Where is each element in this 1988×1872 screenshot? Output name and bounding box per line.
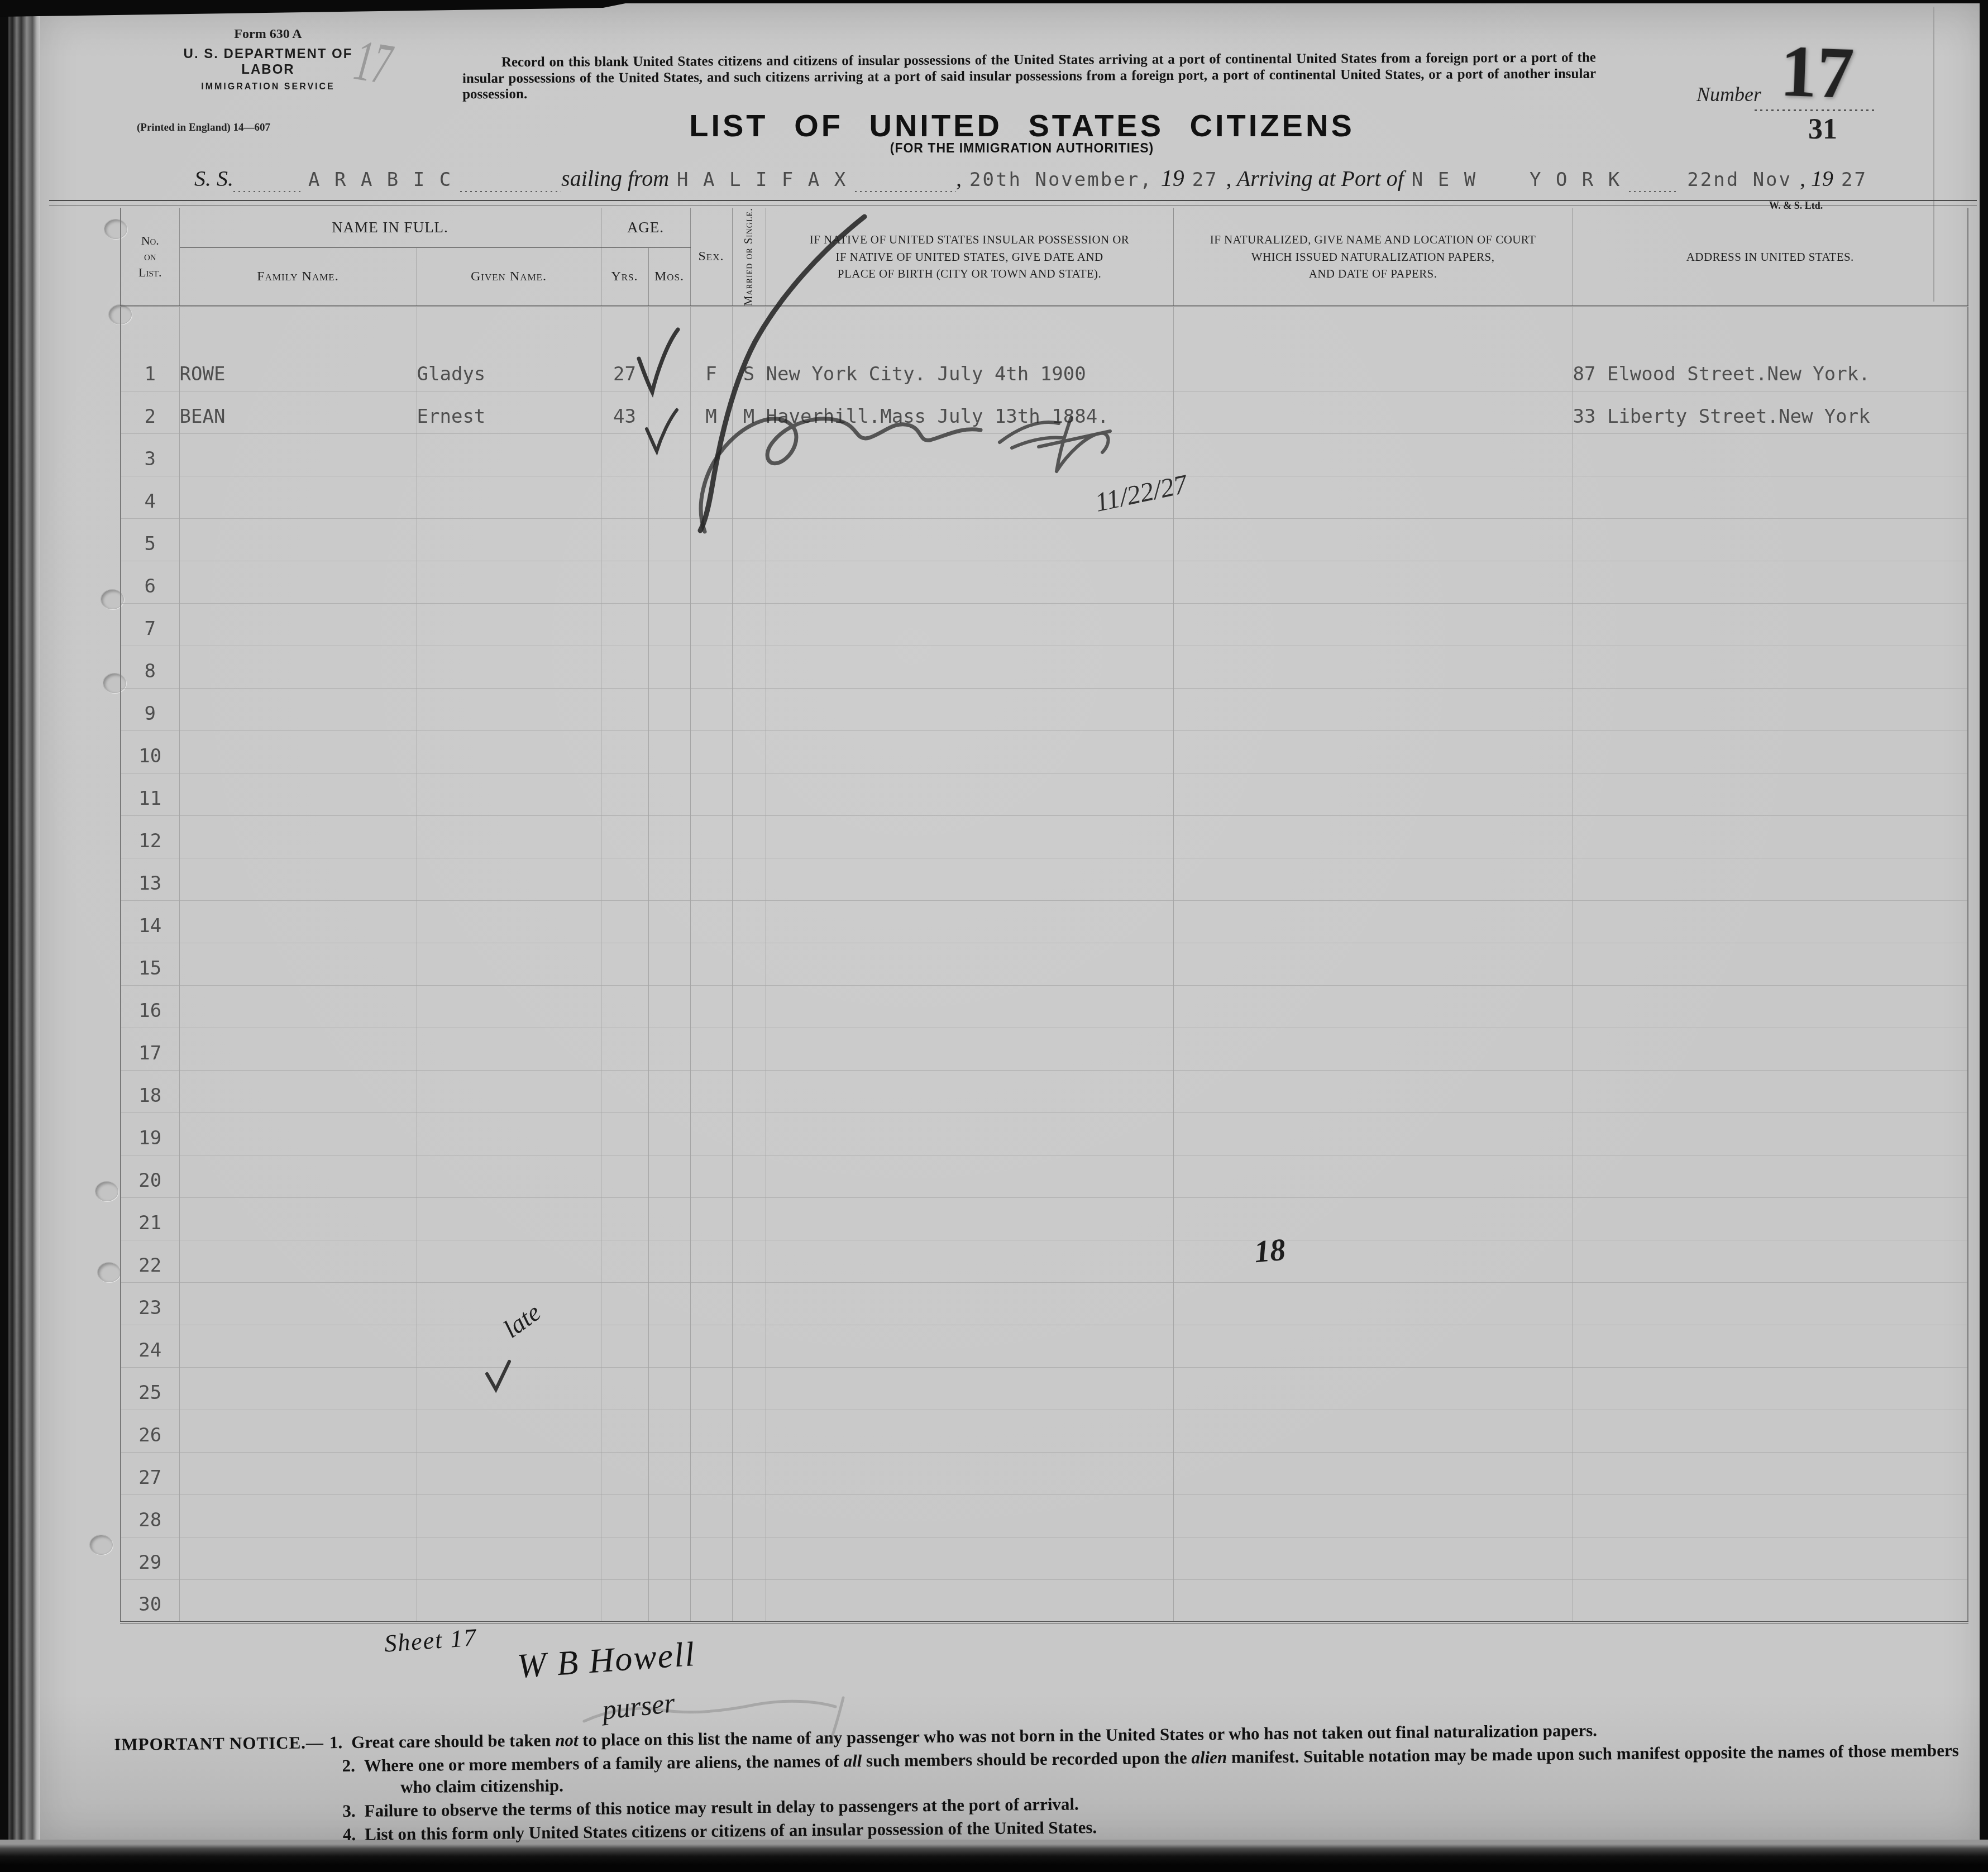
- cell-no: 9: [121, 689, 179, 731]
- cell-mos: [648, 1071, 690, 1113]
- arrival-date: 22nd Nov: [1679, 169, 1800, 191]
- col-header-age: AGE.: [601, 208, 690, 247]
- cell-birth: [766, 1155, 1173, 1198]
- cell-birth: [766, 1071, 1173, 1113]
- cell-mos: [648, 1113, 690, 1155]
- cell-court: [1173, 1240, 1573, 1283]
- table-row: 20: [121, 1155, 1968, 1198]
- cell-yrs: [601, 689, 648, 731]
- table-row: 1ROWEGladys27FSNew York City. July 4th 1…: [121, 307, 1968, 391]
- leader-line: [460, 165, 561, 197]
- cell-family: [179, 561, 417, 604]
- cell-court: [1173, 816, 1573, 858]
- service-name: IMMIGRATION SERVICE: [156, 82, 380, 92]
- cell-mos: [648, 1240, 690, 1283]
- cell-sex: M: [690, 391, 732, 434]
- notice-text: all: [843, 1751, 862, 1770]
- table-row: 5: [121, 519, 1968, 561]
- cell-given: [417, 731, 601, 773]
- cell-marital: [732, 731, 766, 773]
- cell-court: [1173, 901, 1573, 943]
- cell-mos: [648, 476, 690, 519]
- cell-birth: [766, 1580, 1173, 1622]
- cell-given: [417, 476, 601, 519]
- cell-given: [417, 943, 601, 986]
- leader-line: [233, 165, 300, 197]
- cell-mos: [648, 561, 690, 604]
- date-comma: ,: [956, 165, 962, 192]
- cell-no: 19: [121, 1113, 179, 1155]
- cell-given: [417, 1410, 601, 1453]
- cell-court: [1173, 1198, 1573, 1240]
- cell-address: [1573, 773, 1968, 816]
- cell-sex: [690, 773, 732, 816]
- cell-marital: [732, 943, 766, 986]
- cell-family: [179, 1410, 417, 1453]
- cell-marital: [732, 858, 766, 901]
- cell-marital: [732, 1113, 766, 1155]
- cell-family: [179, 731, 417, 773]
- cell-sex: [690, 943, 732, 986]
- table-row: 10: [121, 731, 1968, 773]
- cell-mos: [648, 689, 690, 731]
- cell-mos: [648, 816, 690, 858]
- table-row: 29: [121, 1537, 1968, 1580]
- cell-court: [1173, 1410, 1573, 1453]
- table-row: 9: [121, 689, 1968, 731]
- arrival-year: 27: [1833, 169, 1875, 191]
- cell-address: [1573, 858, 1968, 901]
- cell-no: 21: [121, 1198, 179, 1240]
- table-row: 19: [121, 1113, 1968, 1155]
- cell-family: [179, 1113, 417, 1155]
- notice-text: Where one or more members of a family ar…: [364, 1751, 844, 1775]
- cell-marital: [732, 1283, 766, 1325]
- cell-birth: [766, 519, 1173, 561]
- cell-court: [1173, 858, 1573, 901]
- cell-address: [1573, 1325, 1968, 1368]
- cell-family: [179, 646, 417, 689]
- cell-yrs: [601, 1240, 648, 1283]
- cell-address: [1573, 1198, 1968, 1240]
- cell-family: ROWE: [179, 307, 417, 391]
- manifest-table: No. on List. NAME IN FULL. AGE. Sex. Mar…: [120, 208, 1968, 1623]
- cell-yrs: [601, 646, 648, 689]
- year-prefix: 19: [1161, 165, 1184, 192]
- cell-birth: Haverhill.Mass July 13th 1884.: [766, 391, 1173, 434]
- cell-sex: [690, 1028, 732, 1071]
- cell-address: [1573, 1453, 1968, 1495]
- cell-birth: New York City. July 4th 1900: [766, 307, 1173, 391]
- table-row: 28: [121, 1495, 1968, 1537]
- cell-sex: [690, 561, 732, 604]
- cell-no: 26: [121, 1410, 179, 1453]
- cell-address: [1573, 561, 1968, 604]
- cell-court: [1173, 1495, 1573, 1537]
- cell-marital: [732, 1198, 766, 1240]
- punch-hole: [97, 1262, 121, 1282]
- cell-yrs: [601, 731, 648, 773]
- cell-no: 17: [121, 1028, 179, 1071]
- voyage-line: S. S. A R A B I C sailing from H A L I F…: [194, 165, 1875, 197]
- table-row: 22: [121, 1240, 1968, 1283]
- notice-text: Great care should be taken: [351, 1730, 555, 1752]
- table-row: 16: [121, 986, 1968, 1028]
- cell-address: [1573, 1368, 1968, 1410]
- cell-court: [1173, 986, 1573, 1028]
- cell-birth: [766, 1453, 1173, 1495]
- notice-text: not: [555, 1730, 579, 1750]
- cell-address: [1573, 816, 1968, 858]
- cell-yrs: 43: [601, 391, 648, 434]
- col-header-address: ADDRESS IN UNITED STATES.: [1573, 249, 1968, 265]
- table-row: 4: [121, 476, 1968, 519]
- cell-address: [1573, 1580, 1968, 1622]
- cell-mos: [648, 646, 690, 689]
- cell-marital: M: [732, 391, 766, 434]
- cell-no: 4: [121, 476, 179, 519]
- cell-given: [417, 1113, 601, 1155]
- cell-given: [417, 858, 601, 901]
- cell-court: [1173, 307, 1573, 391]
- cell-family: [179, 1325, 417, 1368]
- cell-marital: [732, 1240, 766, 1283]
- cell-birth: [766, 943, 1173, 986]
- cell-marital: [732, 1537, 766, 1580]
- notice-text: such members should be recorded upon the: [862, 1747, 1192, 1770]
- notice-item-number: 4.: [343, 1825, 356, 1844]
- page-stack-edges: [0, 0, 40, 1872]
- cell-address: [1573, 604, 1968, 646]
- table-row: 12: [121, 816, 1968, 858]
- cell-birth: [766, 1495, 1173, 1537]
- cell-no: 28: [121, 1495, 179, 1537]
- cell-marital: [732, 1071, 766, 1113]
- cell-court: [1173, 689, 1573, 731]
- cell-birth: [766, 561, 1173, 604]
- cell-sex: [690, 1240, 732, 1283]
- manifest-table-wrap: No. on List. NAME IN FULL. AGE. Sex. Mar…: [120, 208, 1968, 1623]
- sailing-from-label: sailing from: [561, 165, 669, 192]
- cell-address: [1573, 986, 1968, 1028]
- leader-line: [1629, 165, 1679, 197]
- cell-address: [1573, 1537, 1968, 1580]
- ship-name: A R A B I C: [300, 169, 460, 191]
- arrival-port: N E W Y O R K: [1404, 169, 1629, 191]
- cell-court: [1173, 1071, 1573, 1113]
- cell-birth: [766, 1410, 1173, 1453]
- cell-yrs: 27: [601, 307, 648, 391]
- cell-birth: [766, 858, 1173, 901]
- cell-family: [179, 1453, 417, 1495]
- notice-text: alien: [1191, 1747, 1227, 1768]
- cell-sex: [690, 731, 732, 773]
- notice-text: Failure to observe the terms of this not…: [365, 1794, 1079, 1820]
- punch-hole: [89, 1535, 113, 1555]
- cell-family: [179, 1580, 417, 1622]
- arriving-label: , Arriving at Port of: [1226, 165, 1404, 192]
- cell-given: [417, 561, 601, 604]
- cell-no: 7: [121, 604, 179, 646]
- table-row: 25: [121, 1368, 1968, 1410]
- table-row: 8: [121, 646, 1968, 689]
- cell-family: [179, 519, 417, 561]
- cell-sex: [690, 604, 732, 646]
- cell-address: [1573, 689, 1968, 731]
- cell-given: [417, 1240, 601, 1283]
- cell-family: [179, 858, 417, 901]
- cell-court: [1173, 943, 1573, 986]
- cell-no: 15: [121, 943, 179, 986]
- cell-court: [1173, 1537, 1573, 1580]
- important-notice: IMPORTANT NOTICE.—1.Great care should be…: [114, 1715, 1980, 1849]
- cell-family: [179, 816, 417, 858]
- cell-marital: [732, 646, 766, 689]
- cell-family: [179, 1240, 417, 1283]
- cell-address: 87 Elwood Street.New York.: [1573, 307, 1968, 391]
- cell-given: [417, 1495, 601, 1537]
- cell-birth: [766, 434, 1173, 476]
- col-header-no-on-list: No. on List.: [121, 233, 179, 281]
- table-row: 23: [121, 1283, 1968, 1325]
- cell-court: [1173, 1325, 1573, 1368]
- punch-hole: [95, 1181, 118, 1201]
- cell-birth: [766, 816, 1173, 858]
- cell-mos: [648, 1028, 690, 1071]
- cell-court: [1173, 1453, 1573, 1495]
- cell-address: [1573, 476, 1968, 519]
- cell-sex: [690, 1537, 732, 1580]
- cell-no: 22: [121, 1240, 179, 1283]
- cell-yrs: [601, 1198, 648, 1240]
- cell-sex: [690, 1495, 732, 1537]
- col-header-yrs: Yrs.: [601, 247, 648, 306]
- table-row: 30: [121, 1580, 1968, 1622]
- cell-family: [179, 434, 417, 476]
- cell-marital: S: [732, 307, 766, 391]
- cell-given: [417, 604, 601, 646]
- cell-given: Gladys: [417, 307, 601, 391]
- cell-address: [1573, 1410, 1968, 1453]
- cell-family: BEAN: [179, 391, 417, 434]
- cell-yrs: [601, 1283, 648, 1325]
- cell-no: 27: [121, 1453, 179, 1495]
- printed-in-note: (Printed in England) 14—607: [137, 122, 270, 134]
- cell-no: 6: [121, 561, 179, 604]
- cell-address: [1573, 646, 1968, 689]
- table-row: 14: [121, 901, 1968, 943]
- cell-birth: [766, 1113, 1173, 1155]
- cell-marital: [732, 1410, 766, 1453]
- cell-family: [179, 1028, 417, 1071]
- cell-family: [179, 1537, 417, 1580]
- cell-given: Ernest: [417, 391, 601, 434]
- department-name: U. S. DEPARTMENT OF LABOR: [156, 46, 380, 78]
- table-row: 21: [121, 1198, 1968, 1240]
- cell-no: 1: [121, 307, 179, 391]
- cell-yrs: [601, 943, 648, 986]
- cell-address: [1573, 519, 1968, 561]
- cell-mos: [648, 1537, 690, 1580]
- cell-family: [179, 1071, 417, 1113]
- secondary-number-stamp: 31: [1808, 113, 1837, 146]
- cell-yrs: [601, 519, 648, 561]
- cell-given: [417, 816, 601, 858]
- form-instructions: Record on this blank United States citiz…: [462, 50, 1596, 103]
- cell-marital: [732, 1028, 766, 1071]
- cell-no: 3: [121, 434, 179, 476]
- departure-date: 20th November,: [962, 169, 1161, 191]
- cell-mos: [648, 986, 690, 1028]
- cell-given: [417, 986, 601, 1028]
- cell-no: 12: [121, 816, 179, 858]
- cell-mos: [648, 1368, 690, 1410]
- table-row: 3: [121, 434, 1968, 476]
- page-title: LIST OF UNITED STATES CITIZENS: [659, 107, 1385, 144]
- cell-sex: [690, 816, 732, 858]
- cell-marital: [732, 1453, 766, 1495]
- notice-item-number: 3.: [342, 1801, 356, 1821]
- cell-yrs: [601, 1537, 648, 1580]
- cell-birth: [766, 901, 1173, 943]
- cell-court: [1173, 1155, 1573, 1198]
- cell-yrs: [601, 1410, 648, 1453]
- cell-no: 14: [121, 901, 179, 943]
- cell-yrs: [601, 816, 648, 858]
- cell-sex: [690, 434, 732, 476]
- notice-label: IMPORTANT NOTICE.—: [114, 1732, 324, 1754]
- cell-address: [1573, 1495, 1968, 1537]
- cell-address: [1573, 1155, 1968, 1198]
- cell-no: 20: [121, 1155, 179, 1198]
- col-header-naturalized: IF NATURALIZED, GIVE NAME AND LOCATION O…: [1174, 231, 1573, 282]
- cell-mos: [648, 1283, 690, 1325]
- cell-mos: [648, 1198, 690, 1240]
- cell-mos: [648, 519, 690, 561]
- cell-court: [1173, 1113, 1573, 1155]
- cell-family: [179, 986, 417, 1028]
- cell-mos: [648, 1580, 690, 1622]
- cell-given: [417, 434, 601, 476]
- cell-yrs: [601, 901, 648, 943]
- col-header-family-name: Family Name.: [179, 247, 417, 306]
- arrival-year-label: , 19: [1800, 165, 1833, 192]
- cell-address: 33 Liberty Street.New York: [1573, 391, 1968, 434]
- cell-family: [179, 1198, 417, 1240]
- cell-mos: [648, 1495, 690, 1537]
- cell-sex: [690, 1198, 732, 1240]
- cell-address: [1573, 901, 1968, 943]
- cell-mos: [648, 943, 690, 986]
- cell-yrs: [601, 1113, 648, 1155]
- manifest-body: 1ROWEGladys27FSNew York City. July 4th 1…: [121, 307, 1968, 1622]
- cell-family: [179, 1283, 417, 1325]
- cell-yrs: [601, 1325, 648, 1368]
- cell-marital: [732, 986, 766, 1028]
- cell-family: [179, 901, 417, 943]
- cell-mos: [648, 391, 690, 434]
- cell-sex: [690, 986, 732, 1028]
- cell-marital: [732, 901, 766, 943]
- cell-sex: [690, 689, 732, 731]
- cell-yrs: [601, 1495, 648, 1537]
- table-row: 6: [121, 561, 1968, 604]
- table-row: 7: [121, 604, 1968, 646]
- cell-sex: [690, 858, 732, 901]
- cell-given: [417, 519, 601, 561]
- cell-sex: [690, 1453, 732, 1495]
- cell-no: 13: [121, 858, 179, 901]
- cell-sex: [690, 519, 732, 561]
- table-row: 18: [121, 1071, 1968, 1113]
- cell-marital: [732, 773, 766, 816]
- scanned-manifest-page: Form 630 A U. S. DEPARTMENT OF LABOR IMM…: [0, 0, 1988, 1872]
- col-header-mos: Mos.: [648, 247, 690, 306]
- cell-yrs: [601, 858, 648, 901]
- cell-yrs: [601, 434, 648, 476]
- cell-court: [1173, 773, 1573, 816]
- sheet-number-stamp: 17: [1779, 28, 1855, 116]
- cell-mos: [648, 731, 690, 773]
- cell-family: [179, 1495, 417, 1537]
- cell-no: 5: [121, 519, 179, 561]
- col-header-given-name: Given Name.: [417, 247, 601, 306]
- cell-court: [1173, 476, 1573, 519]
- cell-given: [417, 646, 601, 689]
- cell-address: [1573, 1283, 1968, 1325]
- cell-no: 8: [121, 646, 179, 689]
- cell-family: [179, 943, 417, 986]
- cell-yrs: [601, 1580, 648, 1622]
- cell-given: [417, 901, 601, 943]
- col-header-birth: IF NATIVE OF UNITED STATES INSULAR POSSE…: [766, 231, 1173, 282]
- cell-court: [1173, 731, 1573, 773]
- cell-birth: [766, 646, 1173, 689]
- cell-court: [1173, 1028, 1573, 1071]
- cell-given: [417, 1453, 601, 1495]
- cell-birth: [766, 986, 1173, 1028]
- cell-sex: F: [690, 307, 732, 391]
- cell-marital: [732, 1495, 766, 1537]
- cell-sex: [690, 1325, 732, 1368]
- cell-mos: [648, 858, 690, 901]
- cell-given: [417, 1537, 601, 1580]
- cell-sex: [690, 646, 732, 689]
- notice-item-number: 1.: [329, 1732, 343, 1752]
- cell-sex: [690, 1368, 732, 1410]
- cell-family: [179, 689, 417, 731]
- cell-yrs: [601, 1071, 648, 1113]
- cell-birth: [766, 1198, 1173, 1240]
- col-header-sex: Sex.: [690, 208, 732, 307]
- cell-address: [1573, 1028, 1968, 1071]
- cell-family: [179, 476, 417, 519]
- cell-address: [1573, 434, 1968, 476]
- cell-yrs: [601, 1028, 648, 1071]
- cell-marital: [732, 1155, 766, 1198]
- leader-line: [855, 165, 956, 197]
- cell-no: 11: [121, 773, 179, 816]
- cell-birth: [766, 731, 1173, 773]
- form-meta-block: Form 630 A U. S. DEPARTMENT OF LABOR IMM…: [156, 27, 380, 92]
- table-row: 15: [121, 943, 1968, 986]
- cell-birth: [766, 1325, 1173, 1368]
- cell-court: [1173, 646, 1573, 689]
- cell-marital: [732, 561, 766, 604]
- cell-yrs: [601, 986, 648, 1028]
- cell-birth: [766, 1028, 1173, 1071]
- cell-sex: [690, 901, 732, 943]
